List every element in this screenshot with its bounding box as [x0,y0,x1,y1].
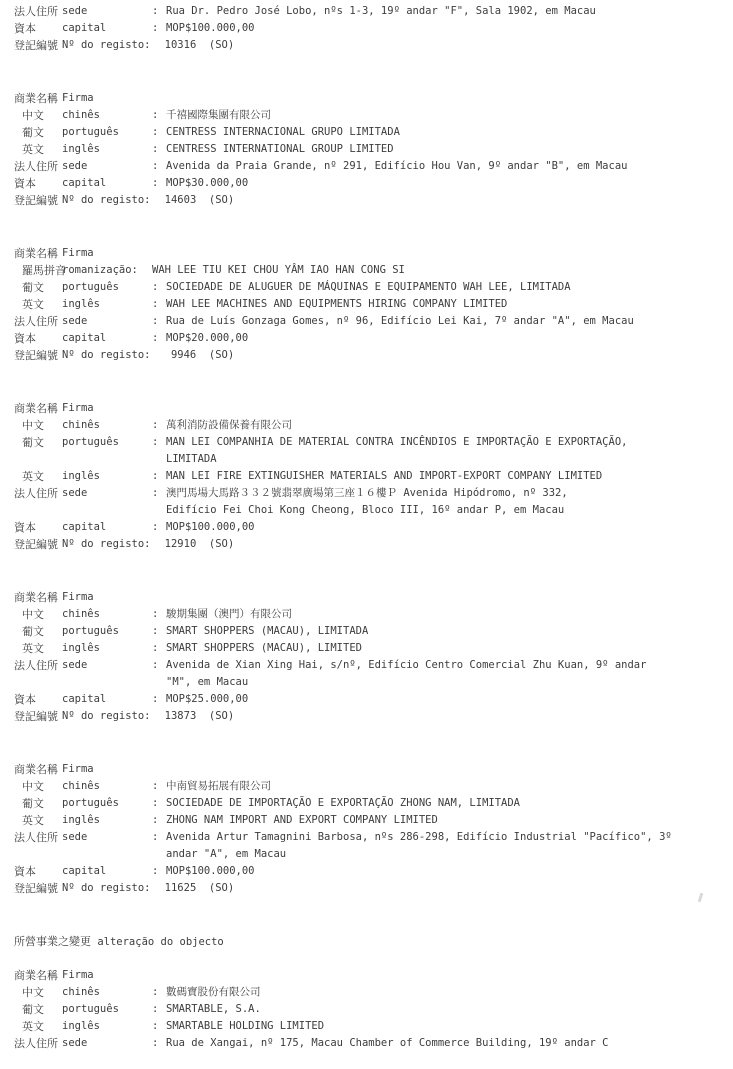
field-value-line: Avenida Artur Tamagnini Barbosa, nºs 286… [166,829,725,846]
field-row: 商業名稱Firma [14,761,725,778]
field-value-lines: Avenida de Xian Xing Hai, s/nº, Edifício… [166,657,725,691]
field-value-cell: :Avenida de Xian Xing Hai, s/nº, Edifíci… [152,657,725,691]
colon-separator: : [152,863,166,880]
field-value-cell: :MOP$20.000,00 [152,330,725,347]
field-value-line: MAN LEI COMPANHIA DE MATERIAL CONTRA INC… [166,434,725,451]
field-value-cell: :Rua Dr. Pedro José Lobo, nºs 1-3, 19º a… [152,3,725,20]
field-row: 英文inglês:SMART SHOPPERS (MACAU), LIMITED [14,640,725,657]
field-row: 葡文português:SMART SHOPPERS (MACAU), LIMI… [14,623,725,640]
colon-separator: : [152,795,166,812]
field-row: 資本capital:MOP$30.000,00 [14,175,725,192]
section-heading: 所營事業之變更 alteração do objecto [14,933,725,951]
field-label-pt: chinês [62,984,152,1001]
field-row: 英文inglês:MAN LEI FIRE EXTINGUISHER MATER… [14,468,725,485]
colon-separator: : [152,812,166,829]
field-value-lines: 9946 (SO) [152,347,725,364]
field-value-cell: :ZHONG NAM IMPORT AND EXPORT COMPANY LIM… [152,812,725,829]
field-value-cell: WAH LEE TIU KEI CHOU YÂM IAO HAN CONG SI [152,262,725,279]
field-label-pt: Firma [62,967,152,984]
field-label-pt: inglês [62,640,152,657]
field-label-cn: 登記編號 [14,536,62,553]
field-label-pt: Nº do registo: [62,37,152,54]
field-label-pt: português [62,1001,152,1018]
field-row: 登記編號Nº do registo: 14603 (SO) [14,192,725,209]
field-label-cn: 資本 [14,330,62,347]
field-row: 資本capital:MOP$25.000,00 [14,691,725,708]
field-label-pt: português [62,434,152,451]
field-row: 葡文português:MAN LEI COMPANHIA DE MATERIA… [14,434,725,468]
field-label-pt: capital [62,863,152,880]
field-label-cn: 商業名稱 [14,90,62,107]
field-label-pt: capital [62,691,152,708]
field-label-cn: 法人住所 [14,657,62,674]
field-value-cell: :MAN LEI FIRE EXTINGUISHER MATERIALS AND… [152,468,725,485]
field-row: 登記編號Nº do registo: 9946 (SO) [14,347,725,364]
field-label-pt: sede [62,485,152,502]
field-value-lines: 數碼寶股份有限公司 [166,984,725,1001]
field-value-cell: :MOP$100.000,00 [152,20,725,37]
field-label-pt: português [62,124,152,141]
field-value-lines: WAH LEE TIU KEI CHOU YÂM IAO HAN CONG SI [152,262,725,279]
field-value-lines: 中南貿易拓展有限公司 [166,778,725,795]
field-value-line: MOP$100.000,00 [166,863,725,880]
field-value-lines: 12910 (SO) [152,536,725,553]
field-value-lines: CENTRESS INTERNACIONAL GRUPO LIMITADA [166,124,725,141]
field-value-lines: Rua Dr. Pedro José Lobo, nºs 1-3, 19º an… [166,3,725,20]
field-value-line: 數碼寶股份有限公司 [166,984,725,1001]
field-value-line: SOCIEDADE DE ALUGUER DE MÁQUINAS E EQUIP… [166,279,725,296]
field-row: 法人住所sede:Rua Dr. Pedro José Lobo, nºs 1-… [14,3,725,20]
field-value-line: 13873 (SO) [152,708,725,725]
field-value-lines: MOP$100.000,00 [166,863,725,880]
field-label-cn: 資本 [14,175,62,192]
colon-separator: : [152,3,166,20]
field-row: 英文inglês:WAH LEE MACHINES AND EQUIPMENTS… [14,296,725,313]
field-value-cell: :SMARTABLE, S.A. [152,1001,725,1018]
field-value-line: WAH LEE MACHINES AND EQUIPMENTS HIRING C… [166,296,725,313]
field-value-cell: :Avenida da Praia Grande, nº 291, Edifíc… [152,158,725,175]
field-row: 中文chinês:萬利消防設備保養有限公司 [14,417,725,434]
field-label-cn: 法人住所 [14,158,62,175]
field-row: 法人住所sede:Avenida Artur Tamagnini Barbosa… [14,829,725,863]
company-record: 法人住所sede:Rua Dr. Pedro José Lobo, nºs 1-… [14,3,725,54]
field-row: 資本capital:MOP$100.000,00 [14,863,725,880]
field-label-cn: 商業名稱 [14,589,62,606]
field-value-lines: 14603 (SO) [152,192,725,209]
field-label-cn: 中文 [14,417,62,434]
company-record: 商業名稱Firma中文chinês:中南貿易拓展有限公司葡文português:… [14,761,725,897]
field-label-pt: sede [62,1035,152,1052]
field-label-cn: 法人住所 [14,3,62,20]
field-label-cn: 商業名稱 [14,761,62,778]
field-label-cn: 葡文 [14,279,62,296]
field-value-cell: 12910 (SO) [152,536,725,553]
field-value-line: SMART SHOPPERS (MACAU), LIMITED [166,640,725,657]
field-value-lines: 13873 (SO) [152,708,725,725]
field-value-lines: Avenida Artur Tamagnini Barbosa, nºs 286… [166,829,725,863]
field-label-pt: Firma [62,90,152,107]
colon-separator: : [152,485,166,519]
field-row: 法人住所sede:Rua de Luís Gonzaga Gomes, nº 9… [14,313,725,330]
field-label-cn: 羅馬拼音 [14,262,62,279]
field-row: 法人住所sede:Avenida da Praia Grande, nº 291… [14,158,725,175]
section-heading-pt: alteração do objecto [97,936,223,948]
field-row: 中文chinês:千禧國際集團有限公司 [14,107,725,124]
company-record: 商業名稱Firma中文chinês:千禧國際集團有限公司葡文português:… [14,90,725,209]
field-value-lines: SOCIEDADE DE IMPORTAÇÃO E EXPORTAÇÃO ZHO… [166,795,725,812]
field-value-cell: 14603 (SO) [152,192,725,209]
field-label-cn: 中文 [14,778,62,795]
field-label-cn: 法人住所 [14,485,62,502]
field-value-line: 9946 (SO) [152,347,725,364]
company-record: 商業名稱Firma羅馬拼音romanização:WAH LEE TIU KEI… [14,245,725,364]
field-label-pt: chinês [62,107,152,124]
colon-separator: : [152,829,166,863]
field-value-cell: :萬利消防設備保養有限公司 [152,417,725,434]
field-value-cell: :SMART SHOPPERS (MACAU), LIMITED [152,640,725,657]
field-value-line: 駿期集團（澳門）有限公司 [166,606,725,623]
field-label-cn: 葡文 [14,1001,62,1018]
field-value-line: 澳門馬場大馬路３３２號翡翠廣場第三座１６樓Ｐ Avenida Hipódromo… [166,485,725,502]
section-heading-cn: 所營事業之變更 [14,935,91,948]
colon-separator: : [152,141,166,158]
field-value-cell: :MOP$100.000,00 [152,863,725,880]
field-value-cell: :MOP$30.000,00 [152,175,725,192]
field-label-pt: Nº do registo: [62,880,152,897]
field-row: 登記編號Nº do registo: 13873 (SO) [14,708,725,725]
colon-separator: : [152,124,166,141]
field-label-pt: sede [62,3,152,20]
field-value-lines: SMART SHOPPERS (MACAU), LIMITADA [166,623,725,640]
field-value-lines: 10316 (SO) [152,37,725,54]
field-value-cell: :CENTRESS INTERNACIONAL GRUPO LIMITADA [152,124,725,141]
field-value-line: MOP$100.000,00 [166,20,725,37]
colon-separator: : [152,434,166,468]
colon-separator: : [152,691,166,708]
field-value-line: Rua Dr. Pedro José Lobo, nºs 1-3, 19º an… [166,3,725,20]
field-label-cn: 葡文 [14,434,62,451]
colon-separator: : [152,1001,166,1018]
company-record: 商業名稱Firma中文chinês:駿期集團（澳門）有限公司葡文portuguê… [14,589,725,725]
field-value-line: Rua de Xangai, nº 175, Macau Chamber of … [166,1035,725,1052]
field-label-cn: 英文 [14,141,62,158]
field-label-cn: 商業名稱 [14,245,62,262]
field-value-line: 千禧國際集團有限公司 [166,107,725,124]
field-value-line: 萬利消防設備保養有限公司 [166,417,725,434]
field-row: 資本capital:MOP$100.000,00 [14,20,725,37]
field-value-cell: :中南貿易拓展有限公司 [152,778,725,795]
field-value-line: SMARTABLE HOLDING LIMITED [166,1018,725,1035]
colon-separator: : [152,468,166,485]
field-label-pt: chinês [62,417,152,434]
field-row: 登記編號Nº do registo: 10316 (SO) [14,37,725,54]
colon-separator: : [152,417,166,434]
field-value-cell: :數碼寶股份有限公司 [152,984,725,1001]
field-row: 中文chinês:數碼寶股份有限公司 [14,984,725,1001]
field-value-cell: :SMART SHOPPERS (MACAU), LIMITADA [152,623,725,640]
field-row: 中文chinês:中南貿易拓展有限公司 [14,778,725,795]
field-label-cn: 登記編號 [14,37,62,54]
field-value-cell: :MOP$100.000,00 [152,519,725,536]
colon-separator: : [152,778,166,795]
colon-separator: : [152,640,166,657]
field-row: 資本capital:MOP$100.000,00 [14,519,725,536]
field-value-cell: :SOCIEDADE DE IMPORTAÇÃO E EXPORTAÇÃO ZH… [152,795,725,812]
field-row: 葡文português:SOCIEDADE DE ALUGUER DE MÁQU… [14,279,725,296]
field-label-cn: 登記編號 [14,192,62,209]
field-value-lines: 11625 (SO) [152,880,725,897]
field-value-line: LIMITADA [166,451,725,468]
field-row: 登記編號Nº do registo: 12910 (SO) [14,536,725,553]
field-label-pt: Nº do registo: [62,192,152,209]
field-value-lines: CENTRESS INTERNATIONAL GROUP LIMITED [166,141,725,158]
field-label-cn: 資本 [14,20,62,37]
field-value-lines: SMART SHOPPERS (MACAU), LIMITED [166,640,725,657]
field-label-cn: 資本 [14,519,62,536]
colon-separator: : [152,296,166,313]
field-value-lines: MOP$100.000,00 [166,20,725,37]
colon-separator: : [152,313,166,330]
field-value-lines: WAH LEE MACHINES AND EQUIPMENTS HIRING C… [166,296,725,313]
field-value-line: SOCIEDADE DE IMPORTAÇÃO E EXPORTAÇÃO ZHO… [166,795,725,812]
field-row: 商業名稱Firma [14,967,725,984]
field-value-line: 10316 (SO) [152,37,725,54]
field-row: 商業名稱Firma [14,589,725,606]
field-label-pt: Firma [62,589,152,606]
field-row: 登記編號Nº do registo: 11625 (SO) [14,880,725,897]
field-value-line: SMARTABLE, S.A. [166,1001,725,1018]
field-value-line: Rua de Luís Gonzaga Gomes, nº 96, Edifíc… [166,313,725,330]
field-label-pt: Firma [62,245,152,262]
colon-separator: : [152,1035,166,1052]
field-row: 法人住所sede:澳門馬場大馬路３３２號翡翠廣場第三座１６樓Ｐ Avenida … [14,485,725,519]
field-label-cn: 葡文 [14,623,62,640]
field-value-cell: 13873 (SO) [152,708,725,725]
field-row: 資本capital:MOP$20.000,00 [14,330,725,347]
field-label-cn: 登記編號 [14,880,62,897]
field-value-line: MOP$25.000,00 [166,691,725,708]
field-label-cn: 英文 [14,812,62,829]
field-value-lines: 萬利消防設備保養有限公司 [166,417,725,434]
field-value-lines: MAN LEI COMPANHIA DE MATERIAL CONTRA INC… [166,434,725,468]
company-record: 商業名稱Firma中文chinês:數碼寶股份有限公司葡文português:S… [14,967,725,1052]
field-value-lines: SMARTABLE HOLDING LIMITED [166,1018,725,1035]
field-row: 商業名稱Firma [14,90,725,107]
field-label-cn: 葡文 [14,795,62,812]
field-row: 法人住所sede:Avenida de Xian Xing Hai, s/nº,… [14,657,725,691]
field-label-pt: capital [62,330,152,347]
field-label-pt: sede [62,657,152,674]
field-value-lines: 千禧國際集團有限公司 [166,107,725,124]
field-label-cn: 資本 [14,691,62,708]
field-value-cell: :CENTRESS INTERNATIONAL GROUP LIMITED [152,141,725,158]
field-row: 中文chinês:駿期集團（澳門）有限公司 [14,606,725,623]
field-value-lines: 澳門馬場大馬路３３２號翡翠廣場第三座１６樓Ｐ Avenida Hipódromo… [166,485,725,519]
field-label-cn: 中文 [14,984,62,1001]
field-label-pt: sede [62,313,152,330]
field-value-cell: :澳門馬場大馬路３３２號翡翠廣場第三座１６樓Ｐ Avenida Hipódrom… [152,485,725,519]
field-label-cn: 商業名稱 [14,400,62,417]
field-label-cn: 法人住所 [14,313,62,330]
field-label-cn: 英文 [14,468,62,485]
field-value-cell: :SOCIEDADE DE ALUGUER DE MÁQUINAS E EQUI… [152,279,725,296]
field-value-cell: :Avenida Artur Tamagnini Barbosa, nºs 28… [152,829,725,863]
field-label-pt: chinês [62,606,152,623]
field-value-line: "M", em Macau [166,674,725,691]
field-value-cell: 11625 (SO) [152,880,725,897]
field-value-cell: :Rua de Xangai, nº 175, Macau Chamber of… [152,1035,725,1052]
field-label-pt: inglês [62,296,152,313]
field-value-cell: :駿期集團（澳門）有限公司 [152,606,725,623]
field-value-cell: :SMARTABLE HOLDING LIMITED [152,1018,725,1035]
field-row: 英文inglês:ZHONG NAM IMPORT AND EXPORT COM… [14,812,725,829]
field-label-pt: capital [62,20,152,37]
field-value-lines: Avenida da Praia Grande, nº 291, Edifíci… [166,158,725,175]
gazette-registry-page: 法人住所sede:Rua Dr. Pedro José Lobo, nºs 1-… [0,0,733,1069]
field-label-pt: chinês [62,778,152,795]
field-label-pt: capital [62,519,152,536]
field-value-cell: :WAH LEE MACHINES AND EQUIPMENTS HIRING … [152,296,725,313]
field-value-lines: SMARTABLE, S.A. [166,1001,725,1018]
field-value-line: MOP$30.000,00 [166,175,725,192]
field-value-line: andar "A", em Macau [166,846,725,863]
field-value-line: 中南貿易拓展有限公司 [166,778,725,795]
field-label-pt: inglês [62,1018,152,1035]
field-row: 法人住所sede:Rua de Xangai, nº 175, Macau Ch… [14,1035,725,1052]
field-row: 葡文português:SOCIEDADE DE IMPORTAÇÃO E EX… [14,795,725,812]
field-label-pt: Nº do registo: [62,347,152,364]
field-value-cell: :Rua de Luís Gonzaga Gomes, nº 96, Edifí… [152,313,725,330]
colon-separator: : [152,519,166,536]
field-value-line: WAH LEE TIU KEI CHOU YÂM IAO HAN CONG SI [152,262,725,279]
colon-separator: : [152,606,166,623]
field-value-lines: 駿期集團（澳門）有限公司 [166,606,725,623]
colon-separator: : [152,330,166,347]
field-value-lines: MOP$100.000,00 [166,519,725,536]
registry-entries: 法人住所sede:Rua Dr. Pedro José Lobo, nºs 1-… [14,3,725,1052]
field-value-line: MOP$20.000,00 [166,330,725,347]
field-label-pt: Firma [62,761,152,778]
field-label-pt: Firma [62,400,152,417]
field-label-pt: capital [62,175,152,192]
field-row: 商業名稱Firma [14,400,725,417]
field-value-line: SMART SHOPPERS (MACAU), LIMITADA [166,623,725,640]
field-row: 羅馬拼音romanização:WAH LEE TIU KEI CHOU YÂM… [14,262,725,279]
field-value-line: Avenida de Xian Xing Hai, s/nº, Edifício… [166,657,725,674]
field-value-lines: MOP$20.000,00 [166,330,725,347]
field-value-cell: :千禧國際集團有限公司 [152,107,725,124]
field-label-pt: Nº do registo: [62,708,152,725]
field-label-cn: 登記編號 [14,708,62,725]
field-label-pt: português [62,795,152,812]
field-label-cn: 中文 [14,107,62,124]
colon-separator: : [152,623,166,640]
field-row: 葡文português:SMARTABLE, S.A. [14,1001,725,1018]
field-value-line: CENTRESS INTERNACIONAL GRUPO LIMITADA [166,124,725,141]
field-value-line: 12910 (SO) [152,536,725,553]
field-value-cell: :MOP$25.000,00 [152,691,725,708]
field-value-line: 14603 (SO) [152,192,725,209]
field-value-lines: Rua de Luís Gonzaga Gomes, nº 96, Edifíc… [166,313,725,330]
field-label-pt: português [62,623,152,640]
field-value-line: MOP$100.000,00 [166,519,725,536]
field-label-pt: inglês [62,468,152,485]
field-row: 英文inglês:CENTRESS INTERNATIONAL GROUP LI… [14,141,725,158]
field-row: 商業名稱Firma [14,245,725,262]
field-label-cn: 法人住所 [14,829,62,846]
colon-separator: : [152,279,166,296]
colon-separator: : [152,107,166,124]
field-label-pt: inglês [62,812,152,829]
field-value-line: ZHONG NAM IMPORT AND EXPORT COMPANY LIMI… [166,812,725,829]
field-label-cn: 英文 [14,640,62,657]
field-label-cn: 中文 [14,606,62,623]
field-value-cell: :MAN LEI COMPANHIA DE MATERIAL CONTRA IN… [152,434,725,468]
field-value-cell: 9946 (SO) [152,347,725,364]
field-value-lines: MAN LEI FIRE EXTINGUISHER MATERIALS AND … [166,468,725,485]
field-label-cn: 英文 [14,1018,62,1035]
colon-separator: : [152,984,166,1001]
colon-separator: : [152,158,166,175]
field-value-lines: SOCIEDADE DE ALUGUER DE MÁQUINAS E EQUIP… [166,279,725,296]
field-label-pt: romanização: [62,262,152,279]
field-value-line: Avenida da Praia Grande, nº 291, Edifíci… [166,158,725,175]
field-value-line: MAN LEI FIRE EXTINGUISHER MATERIALS AND … [166,468,725,485]
field-value-lines: MOP$25.000,00 [166,691,725,708]
colon-separator: : [152,175,166,192]
field-value-cell: 10316 (SO) [152,37,725,54]
field-label-cn: 登記編號 [14,347,62,364]
field-label-pt: português [62,279,152,296]
field-row: 英文inglês:SMARTABLE HOLDING LIMITED [14,1018,725,1035]
field-label-pt: sede [62,158,152,175]
colon-separator: : [152,20,166,37]
company-record: 商業名稱Firma中文chinês:萬利消防設備保養有限公司葡文portuguê… [14,400,725,553]
field-label-pt: sede [62,829,152,846]
field-value-lines: MOP$30.000,00 [166,175,725,192]
field-value-lines: ZHONG NAM IMPORT AND EXPORT COMPANY LIMI… [166,812,725,829]
field-label-cn: 資本 [14,863,62,880]
field-row: 葡文português:CENTRESS INTERNACIONAL GRUPO… [14,124,725,141]
field-value-line: CENTRESS INTERNATIONAL GROUP LIMITED [166,141,725,158]
colon-separator: : [152,1018,166,1035]
field-label-pt: inglês [62,141,152,158]
field-label-cn: 英文 [14,296,62,313]
field-value-line: Edifício Fei Choi Kong Cheong, Bloco III… [166,502,725,519]
field-label-cn: 葡文 [14,124,62,141]
field-label-pt: Nº do registo: [62,536,152,553]
field-label-cn: 法人住所 [14,1035,62,1052]
colon-separator: : [152,657,166,691]
field-value-lines: Rua de Xangai, nº 175, Macau Chamber of … [166,1035,725,1052]
field-label-cn: 商業名稱 [14,967,62,984]
field-value-line: 11625 (SO) [152,880,725,897]
